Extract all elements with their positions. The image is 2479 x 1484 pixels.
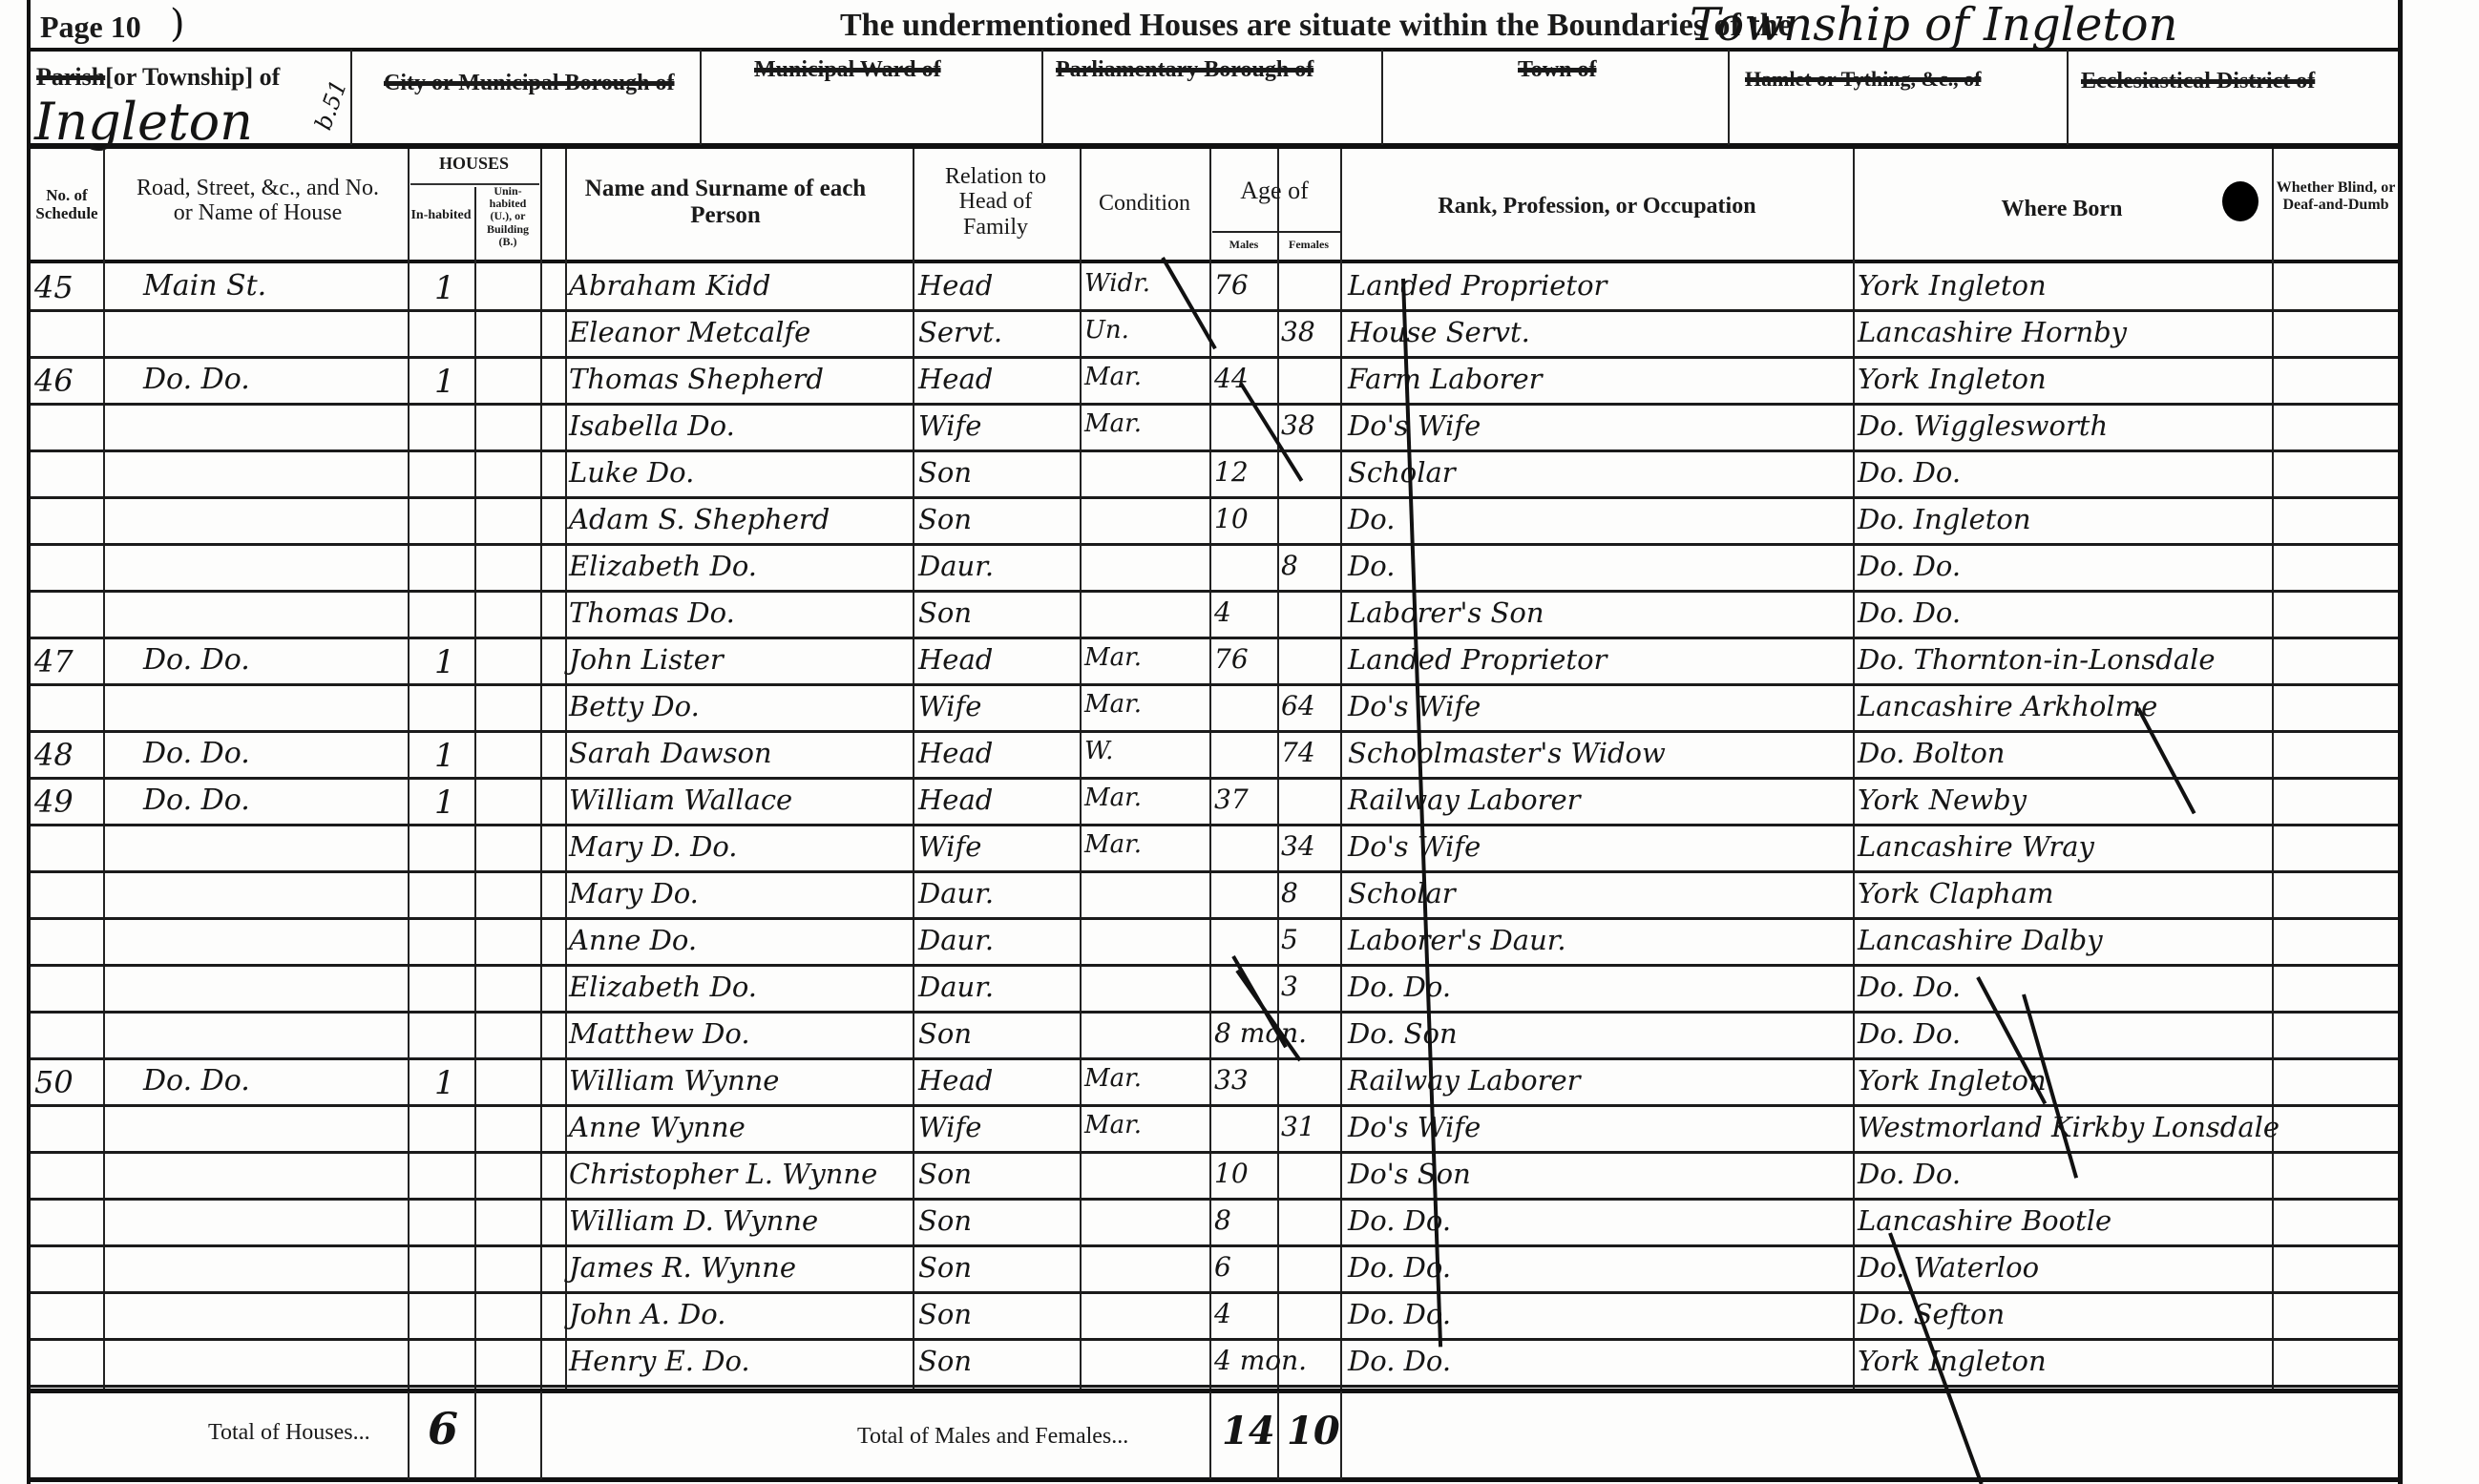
- cell-relation: Head: [918, 784, 993, 816]
- cell-condition: Mar.: [1084, 784, 1142, 812]
- cell-born: Lancashire Dalby: [1858, 924, 2103, 956]
- cell-male-age: 37: [1214, 784, 1249, 815]
- cell-relation: Son: [918, 596, 972, 629]
- cell-born: Do. Do.: [1858, 1158, 1961, 1190]
- cell-road: Main St.: [143, 269, 266, 303]
- cell-occupation: Railway Laborer: [1348, 784, 1581, 816]
- census-row: Matthew Do.Son8 mon.Do. SonDo. Do.: [0, 1014, 2479, 1060]
- cell-relation: Son: [918, 1204, 972, 1237]
- cell-name: Sarah Dawson: [569, 737, 772, 769]
- cell-relation: Son: [918, 1158, 972, 1190]
- census-row: Isabella Do.WifeMar.38Do's WifeDo. Wiggl…: [0, 406, 2479, 452]
- census-row: 49Do. Do.1William WallaceHeadMar.37Railw…: [0, 780, 2479, 826]
- census-row: Thomas Do.Son4Laborer's SonDo. Do.: [0, 593, 2479, 639]
- cell-name: Henry E. Do.: [569, 1345, 750, 1377]
- col-header-relation: Relation to Head of Family: [924, 164, 1067, 240]
- census-row: John A. Do.Son4Do. Do.Do. Sefton: [0, 1294, 2479, 1341]
- rule-bottom: [27, 1477, 2402, 1482]
- cell-occupation: Do's Wife: [1348, 830, 1481, 863]
- census-row: Henry E. Do.Son4 mon.Do. Do.York Ingleto…: [0, 1341, 2479, 1388]
- totals-divider: [1277, 1391, 1279, 1479]
- cell-occupation: Landed Proprietor: [1348, 643, 1607, 676]
- col-header-uninhabited: Unin-habited (U.), or Building (B.): [477, 185, 538, 248]
- header-box-town: Town of: [1518, 57, 1596, 83]
- rule-under-boxes: [27, 143, 2402, 149]
- cell-condition: Mar.: [1084, 643, 1142, 672]
- cell-name: Christopher L. Wynne: [569, 1158, 877, 1190]
- cell-relation: Son: [918, 1251, 972, 1284]
- census-row: 47Do. Do.1John ListerHeadMar.76Landed Pr…: [0, 639, 2479, 686]
- cell-male-age: 4: [1214, 596, 1231, 628]
- cell-occupation: Do. Do.: [1348, 971, 1451, 1003]
- cell-occupation: Do's Wife: [1348, 690, 1481, 722]
- cell-born: York Newby: [1858, 784, 2027, 816]
- cell-name: William D. Wynne: [569, 1204, 818, 1237]
- cell-female-age: 38: [1281, 409, 1315, 441]
- cell-born: Do. Do.: [1858, 596, 1961, 629]
- box-divider: [1041, 50, 1043, 145]
- header-box-ward: Municipal Ward of: [754, 57, 941, 83]
- cell-female-age: 74: [1281, 737, 1315, 768]
- header-box-borough: City or Municipal Borough of: [384, 71, 674, 96]
- cell-female-age: 8: [1281, 877, 1298, 909]
- cell-condition: Widr.: [1084, 269, 1150, 298]
- cell-schedule: 46: [34, 363, 74, 399]
- cell-occupation: Do. Son: [1348, 1017, 1458, 1050]
- cell-male-age: 6: [1214, 1251, 1231, 1283]
- cell-relation: Son: [918, 1345, 972, 1377]
- cell-inhabited: 1: [434, 784, 455, 822]
- census-row: Mary D. Do.WifeMar.34Do's WifeLancashire…: [0, 826, 2479, 873]
- cell-occupation: Do's Wife: [1348, 409, 1481, 442]
- cell-condition: Mar.: [1084, 409, 1142, 438]
- cell-male-age: 4 mon.: [1214, 1345, 1307, 1376]
- boundaries-text: The undermentioned Houses are situate wi…: [840, 8, 1793, 44]
- col-header-blind: Whether Blind, or Deaf-and-Dumb: [2274, 179, 2398, 213]
- cell-born: Lancashire Wray: [1858, 830, 2094, 863]
- cell-male-age: 76: [1214, 643, 1249, 675]
- cell-male-age: 4: [1214, 1298, 1231, 1329]
- cell-male-age: 10: [1214, 503, 1249, 534]
- header-box-parish: Parish[or Township] of: [36, 63, 280, 92]
- cell-occupation: Landed Proprietor: [1348, 269, 1607, 302]
- cell-occupation: Laborer's Daur.: [1348, 924, 1566, 956]
- cell-born: Do. Bolton: [1858, 737, 2005, 769]
- header-box-ecclesiastical: Ecclesiastical District of: [2081, 69, 2315, 94]
- cell-occupation: Do.: [1348, 503, 1395, 535]
- cell-born: Do. Wigglesworth: [1858, 409, 2108, 442]
- cell-born: Lancashire Hornby: [1858, 316, 2127, 348]
- cell-name: William Wallace: [569, 784, 792, 816]
- cell-relation: Son: [918, 456, 972, 489]
- cell-road: Do. Do.: [143, 643, 250, 677]
- col-header-inhabited: In-habited: [410, 208, 472, 222]
- totals-divider: [540, 1391, 542, 1479]
- cell-relation: Head: [918, 363, 993, 395]
- cell-condition: Mar.: [1084, 1064, 1142, 1093]
- cell-female-age: 31: [1281, 1111, 1315, 1142]
- cell-name: John A. Do.: [569, 1298, 725, 1330]
- cell-occupation: Do's Son: [1348, 1158, 1471, 1190]
- cell-name: Abraham Kidd: [569, 269, 770, 302]
- cell-relation: Son: [918, 1298, 972, 1330]
- row-rule: [31, 1385, 2398, 1388]
- total-females-value: 10: [1287, 1409, 1340, 1453]
- cell-born: Westmorland Kirkby Lonsdale: [1858, 1111, 2279, 1143]
- cell-relation: Head: [918, 737, 993, 769]
- cell-road: Do. Do.: [143, 784, 250, 817]
- cell-occupation: Farm Laborer: [1348, 363, 1542, 395]
- census-row: 50Do. Do.1William WynneHeadMar.33Railway…: [0, 1060, 2479, 1107]
- cell-female-age: 8: [1281, 550, 1298, 581]
- cell-occupation: Do. Do.: [1348, 1345, 1451, 1377]
- cell-name: Anne Do.: [569, 924, 697, 956]
- cell-occupation: Do. Do.: [1348, 1298, 1451, 1330]
- col-header-females: Females: [1277, 239, 1340, 251]
- col-header-born: Where Born: [1854, 197, 2270, 221]
- census-row: 45Main St.1Abraham KiddHeadWidr.76Landed…: [0, 265, 2479, 312]
- census-row: 46Do. Do.1Thomas ShepherdHeadMar.44Farm …: [0, 359, 2479, 406]
- col-header-name: Name and Surname of each Person: [573, 176, 878, 228]
- cell-born: Lancashire Bootle: [1858, 1204, 2111, 1237]
- cell-name: James R. Wynne: [569, 1251, 796, 1284]
- cell-condition: W.: [1084, 737, 1113, 765]
- box-divider: [350, 50, 352, 145]
- census-row: Luke Do.Son12ScholarDo. Do.: [0, 452, 2479, 499]
- cell-born: Do. Sefton: [1858, 1298, 2005, 1330]
- cell-male-age: 8 mon.: [1214, 1017, 1307, 1049]
- cell-name: Mary Do.: [569, 877, 699, 909]
- cell-relation: Head: [918, 269, 993, 302]
- cell-relation: Servt.: [918, 316, 1002, 348]
- box-divider: [2067, 50, 2069, 145]
- label-struck: Parish: [36, 63, 105, 91]
- census-row: William D. WynneSon8Do. Do.Lancashire Bo…: [0, 1201, 2479, 1247]
- cell-schedule: 45: [34, 269, 74, 305]
- parish-value: Ingleton: [34, 92, 253, 152]
- census-row: Anne Do.Daur.5Laborer's Daur.Lancashire …: [0, 920, 2479, 967]
- cell-relation: Wife: [918, 1111, 981, 1143]
- cell-male-age: 33: [1214, 1064, 1249, 1096]
- cell-name: Betty Do.: [569, 690, 700, 722]
- cell-schedule: 47: [34, 643, 74, 679]
- census-row: Adam S. ShepherdSon10Do.Do. Ingleton: [0, 499, 2479, 546]
- totals-divider: [474, 1391, 476, 1479]
- cell-male-age: 8: [1214, 1204, 1231, 1236]
- rule-under-headers: [27, 260, 2402, 263]
- total-persons-label: Total of Males and Females...: [857, 1424, 1128, 1450]
- box-divider: [1381, 50, 1383, 145]
- totals-divider: [1209, 1391, 1211, 1479]
- rule-top: [27, 48, 2402, 52]
- cell-relation: Wife: [918, 830, 981, 863]
- label: [or Township] of: [105, 63, 280, 91]
- cell-name: John Lister: [569, 643, 724, 676]
- cell-name: William Wynne: [569, 1064, 779, 1097]
- cell-condition: Mar.: [1084, 363, 1142, 391]
- cell-relation: Daur.: [918, 971, 994, 1003]
- total-males-value: 14: [1222, 1409, 1275, 1453]
- census-row: 48Do. Do.1Sarah DawsonHeadW.74Schoolmast…: [0, 733, 2479, 780]
- cell-inhabited: 1: [434, 1064, 455, 1102]
- header-box-hamlet: Hamlet or Tything, &c., of: [1745, 67, 1981, 92]
- cell-relation: Son: [918, 503, 972, 535]
- cell-occupation: Do's Wife: [1348, 1111, 1481, 1143]
- cell-occupation: Railway Laborer: [1348, 1064, 1581, 1097]
- census-row: Betty Do.WifeMar.64Do's WifeLancashire A…: [0, 686, 2479, 733]
- col-header-houses: HOUSES: [408, 155, 540, 174]
- cell-born: Do. Thornton-in-Lonsdale: [1858, 643, 2216, 676]
- cell-name: Eleanor Metcalfe: [569, 316, 810, 348]
- col-header-occupation: Rank, Profession, or Occupation: [1342, 194, 1852, 219]
- census-row: Christopher L. WynneSon10Do's SonDo. Do.: [0, 1154, 2479, 1201]
- cell-condition: Mar.: [1084, 1111, 1142, 1139]
- cell-inhabited: 1: [434, 737, 455, 775]
- cell-condition: Un.: [1084, 316, 1129, 345]
- cell-name: Thomas Shepherd: [569, 363, 824, 395]
- totals-divider: [1340, 1391, 1342, 1479]
- cell-born: Do. Do.: [1858, 550, 1961, 582]
- cell-born: York Ingleton: [1858, 363, 2047, 395]
- census-row: Mary Do.Daur.8ScholarYork Clapham: [0, 873, 2479, 920]
- census-row: Anne WynneWifeMar.31Do's WifeWestmorland…: [0, 1107, 2479, 1154]
- census-page: Page 10 ) The undermentioned Houses are …: [0, 0, 2479, 1484]
- cell-road: Do. Do.: [143, 1064, 250, 1097]
- cell-relation: Daur.: [918, 877, 994, 909]
- cell-born: Do. Do.: [1858, 1017, 1961, 1050]
- cell-name: Elizabeth Do.: [569, 550, 757, 582]
- col-header-road: Road, Street, &c., and No. or Name of Ho…: [134, 176, 382, 226]
- cell-relation: Wife: [918, 409, 981, 442]
- cell-name: Thomas Do.: [569, 596, 735, 629]
- total-houses-value: 6: [428, 1403, 458, 1454]
- cell-name: Luke Do.: [569, 456, 694, 489]
- cell-schedule: 49: [34, 784, 74, 820]
- cell-inhabited: 1: [434, 269, 455, 307]
- cell-occupation: Scholar: [1348, 877, 1456, 909]
- cell-born: York Ingleton: [1858, 269, 2047, 302]
- cell-male-age: 12: [1214, 456, 1249, 488]
- cell-born: York Ingleton: [1858, 1345, 2047, 1377]
- header-box-parliamentary: Parliamentary Borough of: [1056, 57, 1313, 83]
- cell-relation: Son: [918, 1017, 972, 1050]
- cell-born: Lancashire Arkholme: [1858, 690, 2157, 722]
- cell-male-age: 10: [1214, 1158, 1249, 1189]
- cell-road: Do. Do.: [143, 363, 250, 396]
- page-number-bracket: ): [170, 2, 185, 46]
- cell-occupation: Laborer's Son: [1348, 596, 1544, 629]
- col-header-condition: Condition: [1082, 191, 1207, 216]
- cell-road: Do. Do.: [143, 737, 250, 770]
- cell-relation: Daur.: [918, 550, 994, 582]
- cell-occupation: Scholar: [1348, 456, 1456, 489]
- cell-name: Isabella Do.: [569, 409, 735, 442]
- box-divider: [1728, 50, 1730, 145]
- cell-name: Elizabeth Do.: [569, 971, 757, 1003]
- cell-name: Matthew Do.: [569, 1017, 750, 1050]
- age-sub-rule: [1212, 231, 1340, 233]
- cell-condition: Mar.: [1084, 830, 1142, 859]
- cell-occupation: Do.: [1348, 550, 1395, 582]
- cell-relation: Head: [918, 643, 993, 676]
- total-houses-label: Total of Houses...: [208, 1420, 370, 1446]
- cell-relation: Daur.: [918, 924, 994, 956]
- col-header-males: Males: [1212, 239, 1275, 251]
- cell-occupation: House Servt.: [1348, 316, 1530, 348]
- cell-relation: Wife: [918, 690, 981, 722]
- cell-schedule: 50: [34, 1064, 74, 1100]
- cell-born: Do. Ingleton: [1858, 503, 2031, 535]
- label-struck: Ecclesiastical District of: [2081, 69, 2315, 94]
- cell-female-age: 5: [1281, 924, 1298, 955]
- cell-relation: Head: [918, 1064, 993, 1097]
- totals-divider: [408, 1391, 410, 1479]
- cell-born: York Ingleton: [1858, 1064, 2047, 1097]
- cell-male-age: 76: [1214, 269, 1249, 301]
- cell-female-age: 3: [1281, 971, 1298, 1002]
- boundaries-value: Township of Ingleton: [1690, 0, 2177, 52]
- cell-occupation: Schoolmaster's Widow: [1348, 737, 1666, 769]
- cell-born: Do. Do.: [1858, 971, 1961, 1003]
- page-number: Page 10: [40, 10, 141, 45]
- cell-born: Do. Do.: [1858, 456, 1961, 489]
- cell-name: Adam S. Shepherd: [569, 503, 830, 535]
- box-divider: [700, 50, 702, 145]
- cell-born: Do. Waterloo: [1858, 1251, 2039, 1284]
- col-header-age: Age of: [1212, 178, 1336, 205]
- cell-schedule: 48: [34, 737, 74, 773]
- parish-note: b.51: [309, 76, 352, 134]
- census-row: Eleanor MetcalfeServt.Un.38House Servt.L…: [0, 312, 2479, 359]
- cell-name: Anne Wynne: [569, 1111, 746, 1143]
- col-header-schedule: No. of Schedule: [31, 187, 103, 222]
- census-row: James R. WynneSon6Do. Do.Do. Waterloo: [0, 1247, 2479, 1294]
- ink-blot-icon: [2222, 181, 2258, 221]
- cell-born: York Clapham: [1858, 877, 2054, 909]
- rule-above-totals: [27, 1389, 2402, 1393]
- census-row: Elizabeth Do.Daur.8Do.Do. Do.: [0, 546, 2479, 593]
- cell-female-age: 64: [1281, 690, 1315, 721]
- cell-female-age: 38: [1281, 316, 1315, 347]
- cell-name: Mary D. Do.: [569, 830, 738, 863]
- cell-female-age: 34: [1281, 830, 1315, 862]
- cell-inhabited: 1: [434, 363, 455, 401]
- cell-inhabited: 1: [434, 643, 455, 681]
- cell-condition: Mar.: [1084, 690, 1142, 719]
